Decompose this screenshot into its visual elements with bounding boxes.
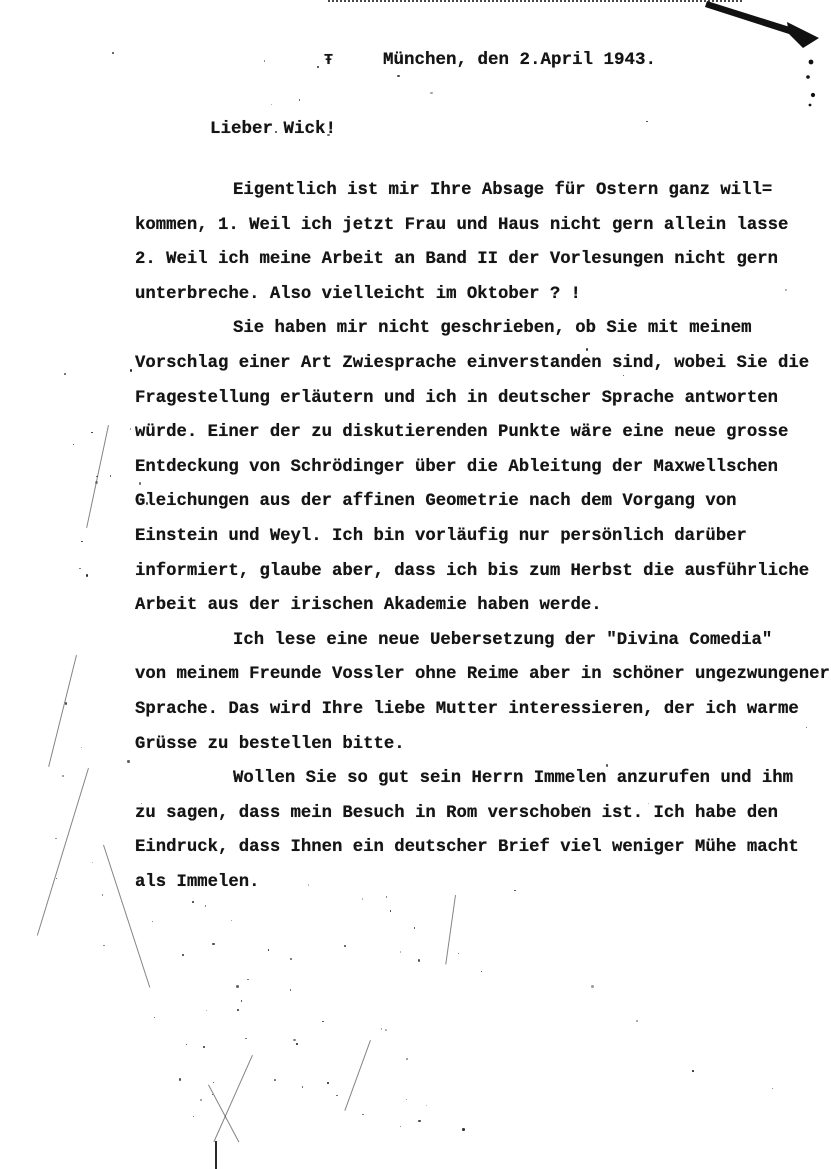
scan-noise-dot: [193, 1116, 195, 1118]
scan-noise-dot: [241, 1000, 243, 1002]
scan-noise-dot: [152, 921, 154, 923]
scan-noise-dot: [130, 369, 133, 372]
scan-noise-dot: [344, 945, 347, 948]
scan-noise-dot: [56, 878, 58, 880]
scan-noise-dot: [308, 884, 310, 886]
letter-body: Eigentlich ist mir Ihre Absage für Oster…: [135, 174, 831, 900]
scan-noise-dot: [400, 1126, 402, 1128]
scan-noise-dot: [397, 75, 400, 78]
scan-noise-dot: [406, 1099, 408, 1101]
letter-line: Sie haben mir nicht geschrieben, ob Sie …: [135, 312, 831, 347]
scan-noise-dot: [64, 373, 66, 375]
scan-noise-dot: [182, 954, 184, 956]
scan-noise-dot: [92, 862, 94, 864]
paragraph: Wollen Sie so gut sein Herrn Immelen anz…: [135, 762, 831, 900]
letter-line: Ich lese eine neue Uebersetzung der "Div…: [135, 624, 831, 659]
scan-noise-dot: [290, 989, 292, 991]
letter-line: würde. Einer der zu diskutierenden Punkt…: [135, 416, 831, 451]
scan-edge-tick: [215, 1141, 217, 1169]
scan-noise-dot: [213, 1082, 215, 1084]
scan-noise-dot: [91, 432, 93, 434]
scan-noise-dot: [206, 1010, 208, 1012]
letter-scan-page: Ŧ München, den 2.April 1943. Lieber Wick…: [0, 0, 831, 1169]
scan-noise-dot: [327, 134, 330, 137]
scan-noise-dot: [317, 66, 320, 69]
dateline: München, den 2.April 1943.: [383, 50, 656, 70]
scan-noise-dot: [264, 60, 266, 62]
scan-noise-dot: [418, 959, 421, 962]
scan-noise-dot: [426, 1105, 428, 1107]
letter-line: unterbreche. Also vielleicht im Oktober …: [135, 278, 831, 313]
scan-noise-dot: [73, 444, 75, 446]
scan-noise-dot: [130, 428, 132, 430]
scan-noise-dot: [192, 901, 194, 903]
letter-line: als Immelen.: [135, 866, 831, 901]
paragraph: Sie haben mir nicht geschrieben, ob Sie …: [135, 312, 831, 623]
scan-noise-dot: [418, 1120, 421, 1123]
scan-noise-dot: [414, 927, 416, 929]
letter-line: Grüsse zu bestellen bitte.: [135, 728, 831, 763]
letter-line: Fragestellung erläutern und ich in deuts…: [135, 382, 831, 417]
scan-noise-dot: [81, 747, 83, 749]
scan-noise-dot: [212, 943, 215, 946]
scan-noise-dot: [386, 896, 388, 898]
scan-noise-dot: [247, 979, 249, 981]
scan-noise-dot: [296, 1043, 298, 1045]
scan-scratch-line: [445, 895, 456, 965]
scan-noise-dot: [327, 1082, 329, 1084]
scan-noise-dot: [231, 920, 233, 922]
scan-noise-dot: [772, 1088, 774, 1090]
letter-line: Entdeckung von Schrödinger über die Able…: [135, 451, 831, 486]
letter-line: Einstein und Weyl. Ich bin vorläufig nur…: [135, 520, 831, 555]
salutation: Lieber Wick!: [210, 119, 336, 139]
scan-noise-dot: [275, 131, 277, 133]
scan-noise-dot: [141, 803, 143, 805]
scan-noise-dot: [406, 1058, 409, 1061]
scan-noise-dot: [322, 1021, 324, 1023]
scan-noise-dot: [591, 985, 594, 988]
letter-line: Wollen Sie so gut sein Herrn Immelen anz…: [135, 762, 831, 797]
scan-noise-dot: [785, 289, 787, 291]
scan-noise-dot: [236, 985, 239, 988]
scan-noise-dot: [579, 806, 582, 809]
scan-noise-dot: [205, 905, 207, 907]
scan-noise-dot: [462, 1128, 465, 1131]
scan-noise-dot: [336, 1095, 338, 1097]
scan-scratch-line: [86, 425, 109, 528]
scan-noise-dot: [274, 1079, 276, 1081]
scan-noise-dot: [271, 104, 273, 106]
scan-noise-dot: [646, 121, 648, 123]
letter-line: Vorschlag einer Art Zwiesprache einverst…: [135, 347, 831, 382]
scan-noise-dot: [299, 99, 301, 101]
scan-noise-dot: [81, 541, 83, 543]
scan-noise-dot: [302, 1086, 304, 1088]
scan-noise-dot: [458, 953, 460, 955]
scan-noise-dot: [179, 1078, 182, 1081]
letter-line: zu sagen, dass mein Besuch in Rom versch…: [135, 797, 831, 832]
scan-noise-dot: [147, 366, 149, 368]
scan-noise-dot: [55, 838, 57, 840]
scan-noise-dot: [62, 775, 65, 778]
letter-line: kommen, 1. Weil ich jetzt Frau und Haus …: [135, 209, 831, 244]
scan-noise-dot: [481, 971, 483, 973]
letter-line: Arbeit aus der irischen Akademie haben w…: [135, 589, 831, 624]
letter-line: informiert, glaube aber, dass ich bis zu…: [135, 555, 831, 590]
scan-noise-dot: [154, 1017, 156, 1019]
scan-noise-dot: [268, 949, 270, 951]
scan-noise-dot: [385, 1029, 387, 1031]
letter-line: 2. Weil ich meine Arbeit an Band II der …: [135, 243, 831, 278]
scan-noise-dot: [623, 375, 625, 377]
scan-noise-dot: [102, 894, 104, 896]
scan-noise-dot: [200, 1099, 202, 1101]
scan-noise-dot: [400, 951, 402, 953]
scan-edge-dotted-line: [328, 0, 742, 2]
paragraph: Eigentlich ist mir Ihre Absage für Oster…: [135, 174, 831, 312]
scan-noise-dot: [103, 945, 105, 947]
scan-noise-dot: [127, 760, 130, 763]
stray-type-mark: Ŧ: [324, 52, 333, 69]
scan-scratch-line: [37, 768, 89, 936]
scan-noise-dot: [362, 1114, 364, 1116]
scan-noise-dot: [110, 475, 112, 477]
scan-noise-dot: [112, 52, 115, 55]
scan-noise-dot: [245, 1038, 247, 1040]
scan-noise-dot: [237, 1009, 239, 1011]
paragraph: Ich lese eine neue Uebersetzung der "Div…: [135, 624, 831, 762]
scan-noise-dot: [146, 502, 149, 505]
ink-stroke-icon: [703, 0, 831, 110]
scan-noise-dot: [430, 92, 433, 95]
scan-noise-dot: [692, 1070, 694, 1072]
scan-scratch-line: [344, 1040, 371, 1111]
scan-noise-dot: [636, 1020, 639, 1023]
scan-noise-dot: [381, 1028, 383, 1030]
scan-noise-dot: [203, 1046, 206, 1049]
scan-noise-dot: [290, 958, 292, 960]
scan-noise-dot: [293, 1039, 296, 1042]
scan-noise-dot: [390, 910, 392, 912]
scan-noise-dot: [186, 1044, 188, 1046]
letter-line: Eindruck, dass Ihnen ein deutscher Brief…: [135, 831, 831, 866]
scan-noise-dot: [139, 482, 142, 485]
scan-noise-dot: [79, 568, 81, 570]
scan-scratch-line: [48, 655, 77, 767]
scan-noise-dot: [86, 574, 89, 577]
letter-line: Gleichungen aus der affinen Geometrie na…: [135, 485, 831, 520]
letter-line: Sprache. Das wird Ihre liebe Mutter inte…: [135, 693, 831, 728]
letter-line: Eigentlich ist mir Ihre Absage für Oster…: [135, 174, 831, 209]
letter-line: von meinem Freunde Vossler ohne Reime ab…: [135, 658, 831, 693]
